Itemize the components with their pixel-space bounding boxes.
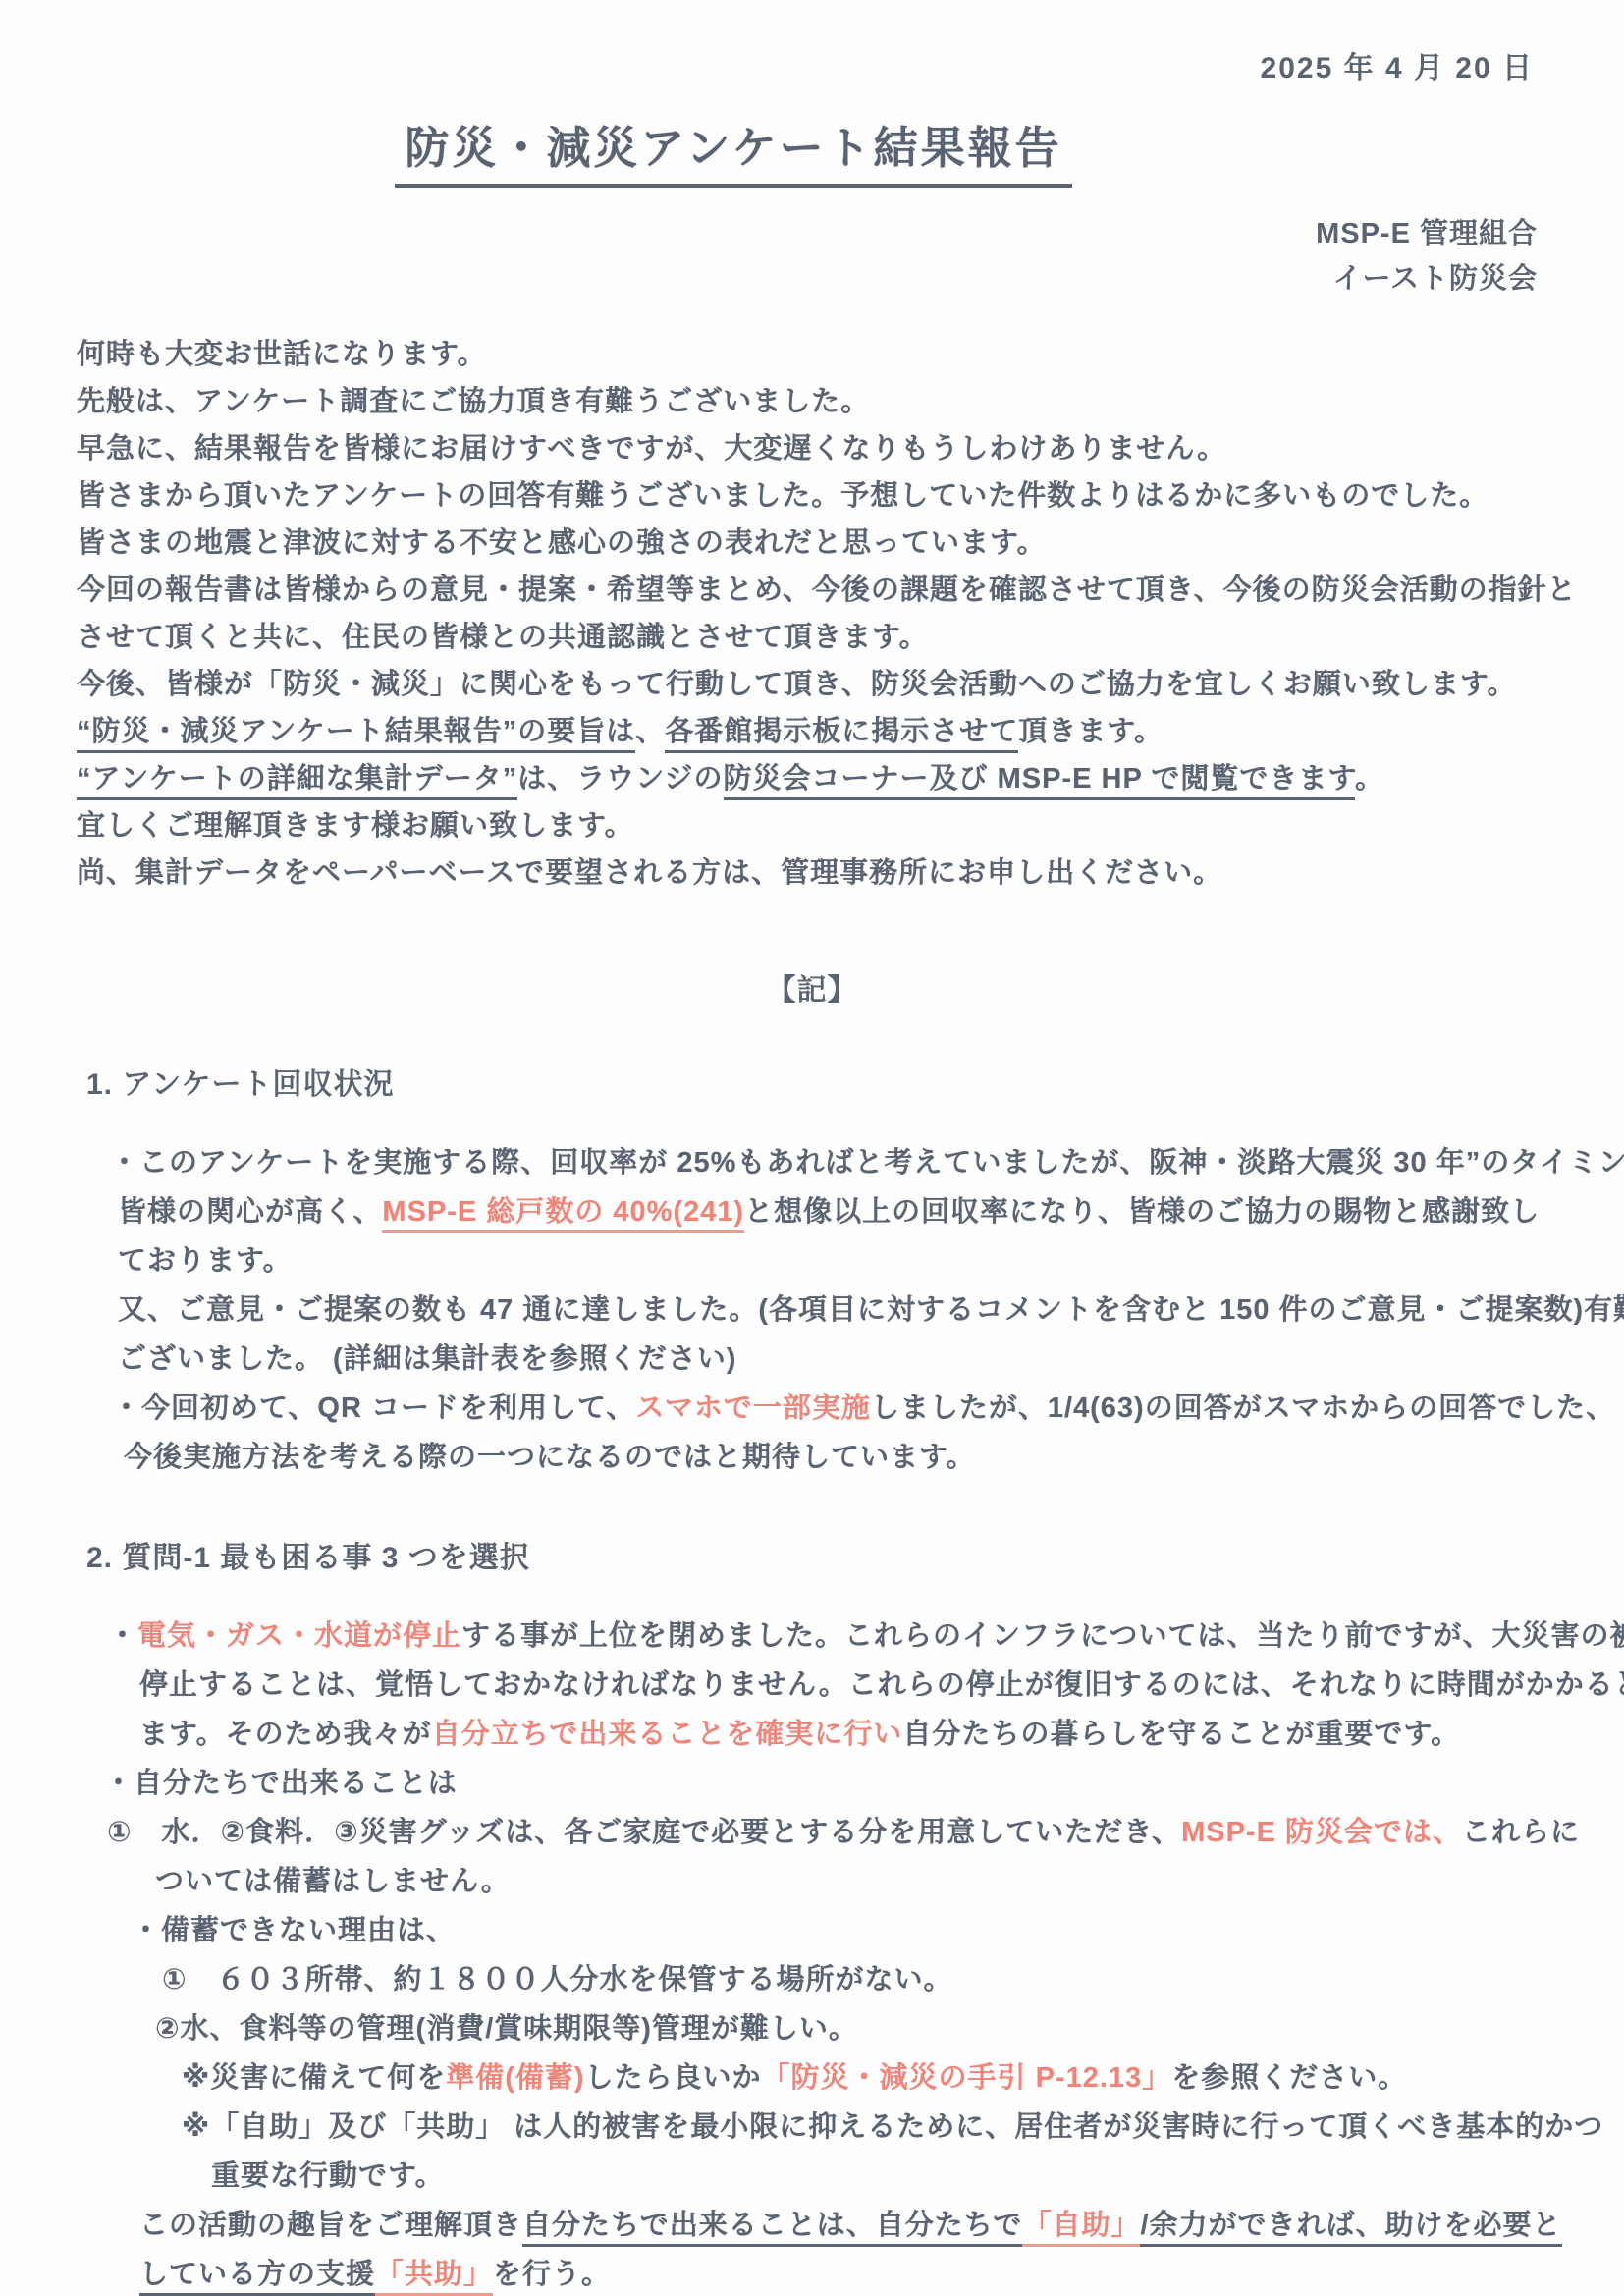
text-line: 皆さまから頂いたアンケートの回答有難うございました。予想していた件数よりはるかに… <box>77 472 1624 519</box>
text-segment: ・このアンケートを実施する際、回収率が 25%もあればと考えていましたが、阪神・… <box>110 1147 1624 1178</box>
text-line: 今後実施方法を考える際の一つになるのではと期待しています。 <box>77 1433 1624 1482</box>
text-segment: 、 <box>635 716 665 747</box>
text-line: 早急に、結果報告を皆様にお届けすべきですが、大変遅くなりもうしわけありません。 <box>77 425 1624 472</box>
text-segment: “アンケートの詳細な集計データ” <box>77 763 517 800</box>
text-segment: MSP-E 防災会では、 <box>1181 1817 1462 1848</box>
text-segment: ① 水．②食料．③災害グッズは、各ご家庭で必要とする分を用意していただき、 <box>107 1817 1181 1848</box>
text-line: ございました。 (詳細は集計表を参照ください) <box>77 1335 1624 1384</box>
text-segment: ております。 <box>118 1245 293 1277</box>
text-segment: 電気・ガス・水道が停止 <box>137 1620 461 1652</box>
text-segment: を参照ください。 <box>1171 2062 1407 2094</box>
text-line: させて頂くと共に、住民の皆様との共通認識とさせて頂きます。 <box>77 614 1624 661</box>
text-segment: 何時も大変お世話になります。 <box>77 339 487 370</box>
text-segment: させて頂くと共に、住民の皆様との共通認識とさせて頂きます。 <box>77 622 929 653</box>
text-segment: MSP-E 総戸数の 40%(241) <box>382 1196 744 1233</box>
text-line: 何時も大変お世話になります。 <box>77 331 1624 378</box>
text-line: ・今回初めて、QR コードを利用して、スマホで一部実施しましたが、1/4(63)… <box>77 1384 1624 1433</box>
text-segment: 皆様の関心が高く、 <box>118 1196 382 1228</box>
text-line: している方の支援「共助」を行う。 <box>77 2250 1624 2296</box>
section2-heading: 2. 質問-1 最も困る事 3 つを選択 <box>0 1533 1624 1576</box>
text-segment: 早急に、結果報告を皆様にお届けすべきですが、大変遅くなりもうしわけありません。 <box>77 433 1226 465</box>
text-segment: ・備蓄できない理由は、 <box>132 1915 456 1946</box>
text-segment: と想像以上の回収率になり、皆様のご協力の賜物と感謝致し <box>744 1196 1540 1228</box>
text-segment: 又、ご意見・ご提案の数も 47 通に達しました。(各項目に対するコメントを含むと… <box>118 1294 1624 1326</box>
text-segment: “防災・減災アンケート結果報告”の要旨は <box>77 716 635 753</box>
author-block: MSP-E 管理組合 イースト防災会 <box>0 211 1624 301</box>
text-segment: 頂きます。 <box>1018 716 1164 747</box>
title-row: 防災・減災アンケート結果報告 <box>0 112 1624 188</box>
text-line: ②水、食料等の管理(消費/賞味期限等)管理が難しい。 <box>77 2004 1624 2053</box>
text-segment: を行う。 <box>493 2259 611 2290</box>
text-segment: 皆さまの地震と津波に対する不安と感心の強さの表れだと思っています。 <box>77 527 1047 559</box>
text-segment: スマホで一部実施 <box>635 1393 870 1424</box>
document-date: 2025 年 4 月 20 日 <box>0 0 1624 86</box>
text-line: ※「自助」及び「共助」 は人的被害を最小限に抑えるために、居住者が災害時に行って… <box>77 2103 1624 2152</box>
text-line: 宜しくご理解頂きます様お願い致します。 <box>77 802 1624 849</box>
text-line: 皆様の関心が高く、MSP-E 総戸数の 40%(241)と想像以上の回収率になり… <box>77 1187 1624 1236</box>
section1-body: ・このアンケートを実施する際、回収率が 25%もあればと考えていましたが、阪神・… <box>0 1138 1624 1482</box>
text-line: ます。そのため我々が自分立ちで出来ることを確実に行い自分たちの暮らしを守ることが… <box>77 1710 1624 1759</box>
text-segment: ① ６０３所帯、約１８００人分水を保管する場所がない。 <box>162 1964 953 1995</box>
text-line: “アンケートの詳細な集計データ”は、ラウンジの防災会コーナー及び MSP-E H… <box>77 755 1624 802</box>
text-segment: しましたが、1/4(63)の回答がスマホからの回答でした、 <box>871 1393 1615 1424</box>
text-line: “防災・減災アンケート結果報告”の要旨は、各番館掲示板に掲示させて頂きます。 <box>77 708 1624 755</box>
text-segment: 停止することは、覚悟しておかなければなりません。これらの停止が復旧するのには、そ… <box>139 1669 1624 1701</box>
text-segment: 先般は、アンケート調査にご協力頂き有難うございました。 <box>77 386 870 417</box>
text-segment: 尚、集計データをペーパーベースで要望される方は、管理事務所にお申し出ください。 <box>77 857 1222 889</box>
text-line: ・備蓄できない理由は、 <box>77 1906 1624 1955</box>
text-segment: している方の支援 <box>139 2259 375 2296</box>
text-line: ついては備蓄はしません。 <box>77 1857 1624 1906</box>
text-line: 重要な行動です。 <box>77 2152 1624 2201</box>
text-segment: ついては備蓄はしません。 <box>155 1866 511 1897</box>
ki-marker: 【記】 <box>0 965 1624 1009</box>
text-segment: ※災害に備えて何を <box>182 2062 446 2094</box>
text-segment: 各番館掲示板に掲示させて <box>665 716 1018 753</box>
text-segment: 今回の報告書は皆様からの意見・提案・希望等まとめ、今後の課題を確認させて頂き、今… <box>77 574 1577 606</box>
section1-heading: 1. アンケート回収状況 <box>0 1060 1624 1103</box>
text-segment: 自分たちの暮らしを守ることが重要です。 <box>902 1719 1460 1750</box>
text-line: 今後、皆様が「防災・減災」に関心をもって行動して頂き、防災会活動へのご協力を宜し… <box>77 661 1624 708</box>
text-line: ております。 <box>77 1236 1624 1285</box>
text-segment: 「防災・減災の手引 P-12.13」 <box>762 2062 1172 2094</box>
text-segment: これらに <box>1462 1817 1580 1848</box>
org-name-primary: MSP-E 管理組合 <box>0 211 1538 256</box>
text-line: 停止することは、覚悟しておかなければなりません。これらの停止が復旧するのには、そ… <box>77 1661 1624 1710</box>
text-segment: する事が上位を閉めました。これらのインフラについては、当たり前ですが、大災害の被… <box>461 1620 1624 1652</box>
scanned-report-page: 2025 年 4 月 20 日 防災・減災アンケート結果報告 MSP-E 管理組… <box>0 0 1624 2296</box>
text-segment: 。 <box>1355 763 1384 794</box>
text-segment: 自分立ちで出来ることを確実に行い <box>432 1719 903 1750</box>
text-segment: この活動の趣旨をご理解頂き <box>139 2210 522 2241</box>
text-segment: 宜しくご理解頂きます様お願い致します。 <box>77 810 634 842</box>
text-segment: ます。そのため我々が <box>139 1719 432 1750</box>
text-segment: ②水、食料等の管理(消費/賞味期限等)管理が難しい。 <box>155 2013 858 2045</box>
text-line: 皆さまの地震と津波に対する不安と感心の強さの表れだと思っています。 <box>77 519 1624 567</box>
text-segment: 準備(備蓄) <box>446 2062 584 2094</box>
text-segment: 今後、皆様が「防災・減災」に関心をもって行動して頂き、防災会活動へのご協力を宜し… <box>77 669 1517 700</box>
text-segment: 「共助」 <box>375 2259 493 2296</box>
text-segment: 自分たちで出来ることは、自分たちで <box>522 2210 1022 2247</box>
text-line: 今回の報告書は皆様からの意見・提案・希望等まとめ、今後の課題を確認させて頂き、今… <box>77 567 1624 614</box>
text-segment: 重要な行動です。 <box>211 2160 445 2192</box>
text-segment: /余力ができれば、助けを必要と <box>1140 2210 1561 2247</box>
text-line: ① ６０３所帯、約１８００人分水を保管する場所がない。 <box>77 1955 1624 2004</box>
text-line: 先般は、アンケート調査にご協力頂き有難うございました。 <box>77 378 1624 425</box>
text-line: ・このアンケートを実施する際、回収率が 25%もあればと考えていましたが、阪神・… <box>77 1138 1624 1187</box>
text-line: 尚、集計データをペーパーベースで要望される方は、管理事務所にお申し出ください。 <box>77 849 1624 897</box>
text-segment: 今後実施方法を考える際の一つになるのではと期待しています。 <box>124 1442 976 1473</box>
org-name-secondary: イースト防災会 <box>0 256 1538 301</box>
text-segment: は、ラウンジの <box>517 763 723 794</box>
text-segment: ・ <box>108 1620 137 1652</box>
text-line: この活動の趣旨をご理解頂き自分たちで出来ることは、自分たちで「自助」/余力ができ… <box>77 2201 1624 2250</box>
text-segment: 「自助」 <box>1022 2210 1140 2247</box>
text-segment: 防災会コーナー及び MSP-E HP で閲覧できます <box>724 763 1355 800</box>
text-segment: ・自分たちで出来ることは <box>104 1768 458 1799</box>
text-segment: 皆さまから頂いたアンケートの回答有難うございました。予想していた件数よりはるかに… <box>77 480 1489 512</box>
text-line: ① 水．②食料．③災害グッズは、各ご家庭で必要とする分を用意していただき、MSP… <box>77 1808 1624 1857</box>
text-segment: したら良いか <box>585 2062 762 2094</box>
text-line: 又、ご意見・ご提案の数も 47 通に達しました。(各項目に対するコメントを含むと… <box>77 1285 1624 1335</box>
text-segment: ・今回初めて、QR コードを利用して、 <box>112 1393 635 1424</box>
greeting-paragraphs: 何時も大変お世話になります。先般は、アンケート調査にご協力頂き有難うございました… <box>0 331 1624 897</box>
text-line: ・自分たちで出来ることは <box>77 1759 1624 1808</box>
page-title: 防災・減災アンケート結果報告 <box>395 112 1071 188</box>
text-line: ・電気・ガス・水道が停止する事が上位を閉めました。これらのインフラについては、当… <box>77 1612 1624 1661</box>
text-segment: ※「自助」及び「共助」 は人的被害を最小限に抑えるために、居住者が災害時に行って… <box>182 2111 1603 2143</box>
text-line: ※災害に備えて何を準備(備蓄)したら良いか「防災・減災の手引 P-12.13」を… <box>77 2053 1624 2103</box>
text-segment: ございました。 (詳細は集計表を参照ください) <box>118 1343 736 1375</box>
section2-body: ・電気・ガス・水道が停止する事が上位を閉めました。これらのインフラについては、当… <box>0 1612 1624 2296</box>
